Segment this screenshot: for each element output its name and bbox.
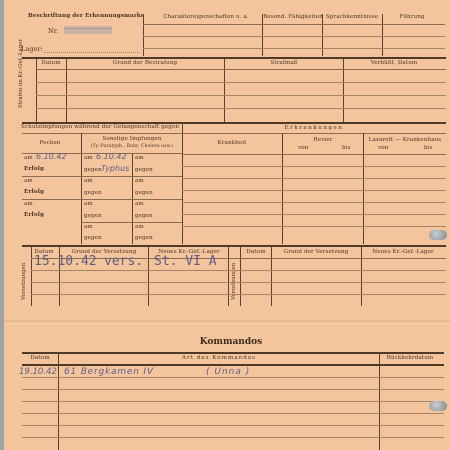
binder-tab-icon	[429, 230, 447, 240]
rule	[22, 176, 82, 177]
rule	[36, 108, 446, 109]
kommando-col-datum: Datum	[30, 355, 49, 361]
rule	[182, 133, 446, 134]
divider	[36, 58, 37, 122]
rule	[143, 36, 445, 37]
other-am-4-label: am	[84, 224, 93, 230]
other-gegen-1-label: gegen	[84, 167, 102, 173]
impfungen-heading: Schutzimpfungen während der Gefangenscha…	[21, 124, 179, 130]
pocken-erfolg-2-label: Erfolg	[24, 189, 44, 195]
transfer-1-datum: 15.10.42	[34, 254, 97, 269]
rule	[143, 48, 445, 49]
divider	[81, 133, 82, 244]
sonstige-label: Sonstige Impfungen	[102, 136, 161, 142]
divider	[322, 14, 323, 56]
revier-label: Revier	[313, 137, 332, 143]
rule	[81, 199, 182, 200]
pocken-am-3-label: am	[24, 201, 33, 207]
other-am-2-label: am	[84, 178, 93, 184]
erkrankungen-heading: Erkrankungen	[285, 125, 344, 131]
pocken-am-1-value: 6.10.42	[36, 152, 67, 161]
rule	[36, 69, 446, 70]
krankheit-label: Krankheit	[217, 140, 246, 146]
other-gegen-3-label: gegen	[84, 213, 102, 219]
rule	[22, 389, 444, 390]
divider	[240, 246, 241, 306]
rule	[31, 294, 446, 295]
transfer-1-lager: St. VI A	[154, 254, 217, 269]
lager-label: Lager:	[21, 45, 43, 53]
divider	[282, 133, 283, 244]
divider	[343, 58, 344, 122]
rule	[182, 214, 446, 215]
kommando-col-rueckkehr: Rückkehrdatum	[387, 355, 434, 361]
rule	[22, 413, 444, 414]
divider	[361, 246, 362, 306]
versetzungen-left-label: Versetzungen	[21, 263, 27, 300]
revier-von-label: von	[298, 145, 308, 151]
other-am-1-label: am	[84, 155, 93, 161]
divider	[262, 14, 263, 56]
other-gegen-2-label: gegen	[84, 190, 102, 196]
other2-gegen-3-label: gegen	[135, 213, 153, 219]
lazarett-label: Lazarett — Krankenhaus	[369, 137, 442, 143]
kommando-1-art: 61 Bergkamen IV	[64, 367, 154, 377]
lazarett-von-label: von	[378, 145, 388, 151]
rule	[22, 245, 446, 247]
rule	[81, 222, 182, 223]
other-am-3-label: am	[84, 201, 93, 207]
pow-card: Beschriftung der Erkennungsmarke Nr. Lag…	[4, 0, 450, 450]
rule	[22, 133, 182, 134]
sonstige-sublabel: (Ty.-Paratyph., Ruhr, Cholera usw.)	[91, 144, 174, 149]
other2-am-4-label: am	[135, 224, 144, 230]
rule	[22, 352, 444, 354]
pocken-am-2-label: am	[24, 178, 33, 184]
pocken-am-1-label: am	[24, 155, 33, 161]
other2-gegen-1-label: gegen	[135, 167, 153, 173]
nr-redacted-value	[64, 26, 112, 34]
divider	[382, 14, 383, 56]
kommando-col-art: Art des Kommandos	[182, 355, 256, 361]
erkennungsmarke-heading: Beschriftung der Erkennungsmarke	[28, 13, 144, 19]
binder-tab-icon	[429, 401, 447, 411]
rule	[22, 364, 444, 366]
lager-line	[44, 52, 140, 53]
divider	[228, 246, 229, 306]
transfer-col-datum-right: Datum	[246, 249, 265, 255]
other2-am-2-label: am	[135, 178, 144, 184]
strafen-side-label: Strafen im Kr.-Gef.-Lager	[18, 39, 24, 108]
other2-gegen-2-label: gegen	[135, 190, 153, 196]
divider	[143, 14, 144, 56]
transfer-col-lager-right: Neues Kr.-Gef.-Lager	[372, 249, 434, 255]
pocken-label: Pocken	[40, 140, 61, 146]
divider	[148, 246, 149, 306]
nr-label: Nr.	[48, 27, 58, 35]
rule	[22, 199, 82, 200]
rule	[22, 425, 444, 426]
col-charakter: Charaktereigenschaften u. a.	[163, 14, 248, 20]
rule	[31, 270, 446, 271]
rule	[31, 282, 446, 283]
rule	[22, 377, 444, 378]
other2-gegen-4-label: gegen	[135, 235, 153, 241]
col-verbuesst: Verbüßt, Datum	[371, 60, 418, 66]
col-datum: Datum	[41, 60, 60, 66]
rule	[182, 190, 446, 191]
rule	[143, 24, 445, 25]
other2-am-1-label: am	[135, 155, 144, 161]
rule	[22, 57, 446, 59]
kommando-1-datum: 19.10.42	[19, 367, 57, 377]
other-gegen-1-value: Typhus	[101, 164, 129, 173]
revier-bis-label: bis	[342, 145, 351, 151]
lazarett-bis-label: bis	[424, 145, 433, 151]
divider	[31, 246, 32, 306]
pocken-erfolg-1-label: Erfolg	[24, 166, 44, 172]
rule	[182, 202, 446, 203]
col-strafmass: Strafmaß	[270, 60, 297, 66]
divider	[224, 58, 225, 122]
pocken-erfolg-3-label: Erfolg	[24, 212, 44, 218]
rule	[81, 176, 182, 177]
kommandos-title: Kommandos	[200, 337, 262, 347]
rule	[36, 82, 446, 83]
rule	[182, 154, 446, 155]
transfer-1-grund: vers.	[104, 254, 143, 269]
rule	[22, 437, 444, 438]
col-faehigkeiten: Besond. Fähigkeiten	[263, 14, 323, 20]
col-sprachen: Sprachkenntnisse	[326, 14, 378, 20]
divider	[66, 58, 67, 122]
divider	[271, 246, 272, 306]
fold-crease	[4, 318, 450, 324]
rule	[22, 401, 444, 402]
divider	[363, 133, 364, 244]
rule	[182, 178, 446, 179]
col-grund-bestrafung: Grund der Bestrafung	[113, 60, 177, 66]
other2-am-3-label: am	[135, 201, 144, 207]
transfer-col-grund-right: Grund der Versetzung	[284, 249, 349, 255]
col-fuehrung: Führung	[399, 14, 424, 20]
rule	[36, 95, 446, 96]
other-gegen-4-label: gegen	[84, 235, 102, 241]
rule	[182, 226, 446, 227]
other-am-1-value: 6.10.42	[96, 152, 127, 161]
rule	[182, 166, 446, 167]
kommando-1-ort: ( Unna )	[206, 367, 250, 377]
